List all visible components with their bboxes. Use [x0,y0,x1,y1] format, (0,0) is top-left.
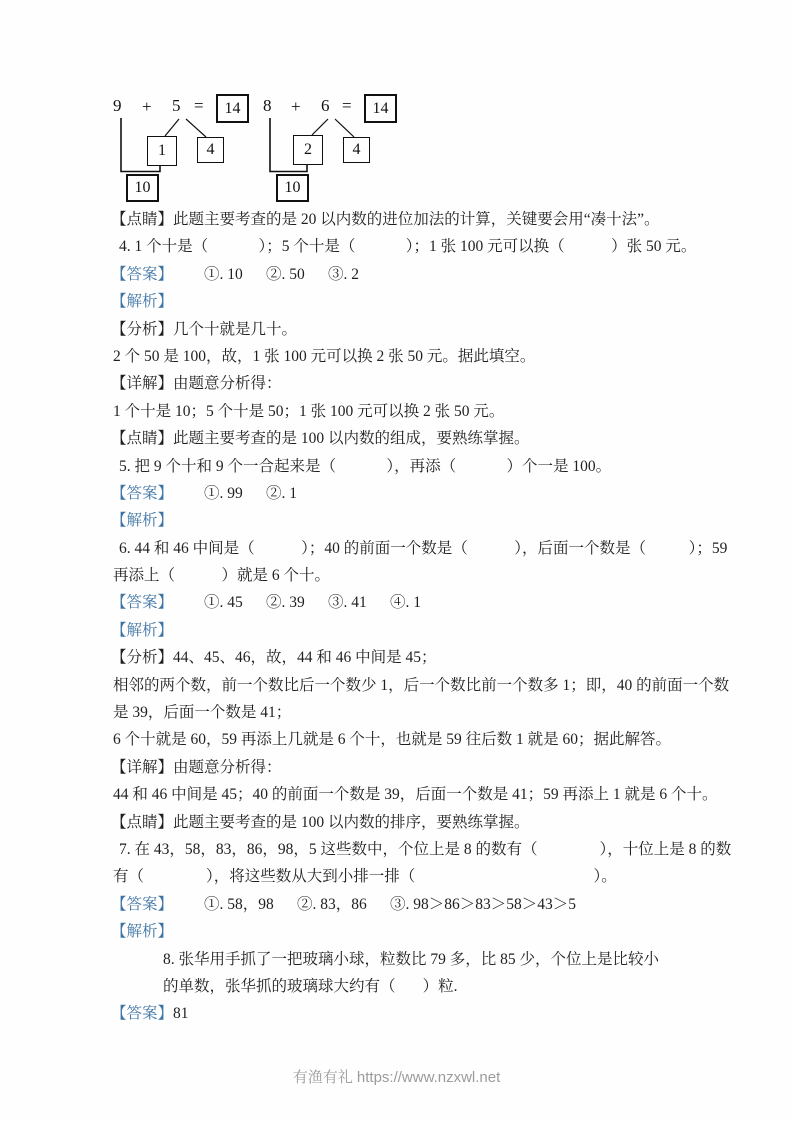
text-line: 是 39，后面一个数是 41； [111,699,751,726]
line-text: 1 个十是 10；5 个十是 50；1 张 100 元可以换 2 张 50 元。 [113,403,504,420]
line-text: 几个十就是几十。 [173,321,297,338]
line-text: 4. 1 个十是（ ）；5 个十是（ ）；1 张 100 元可以换（ ）张 50… [119,238,696,255]
text-line: 【分析】几个十就是几十。 [111,316,751,343]
text-line: 1 个十是 10；5 个十是 50；1 张 100 元可以换 2 张 50 元。 [111,398,751,425]
page-footer: 有渔有礼 https://www.nzxwl.net [0,1066,793,1087]
line-text: 由题意分析得： [173,375,282,392]
line-text: 相邻的两个数，前一个数比后一个数少 1，后一个数比前一个数多 1；即，40 的前… [113,677,729,694]
section-label: 【答案】 [111,485,173,502]
line-text: 是 39，后面一个数是 41； [113,704,291,721]
line-text: ①. 45 ②. 39 ③. 41 ④. 1 [173,594,421,611]
line-text: 7. 在 43，58，83，86，98，5 这些数中，个位上是 8 的数有（ ）… [119,841,731,858]
line-text: 有（ ），将这些数从大到小排一排（ ）。 [113,868,617,885]
line-text: 8. 张华用手抓了一把玻璃小球，粒数比 79 多，比 85 少，个位上是比较小 [163,951,659,968]
equals-sign: = [194,96,204,116]
text-line: 44 和 46 中间是 45；40 的前面一个数是 39，后面一个数是 41；5… [111,781,751,808]
line-text: 再添上（ ）就是 6 个十。 [113,567,330,584]
text-line: 相邻的两个数，前一个数比后一个数少 1，后一个数比前一个数多 1；即，40 的前… [111,672,751,699]
text-line: 【答案】 ①. 10 ②. 50 ③. 2 [111,261,751,288]
text-line: 【答案】 ①. 99 ②. 1 [111,480,751,507]
bond2-addend-b: 6 [321,96,330,116]
bond2-sum-box: 14 [364,94,397,123]
text-line: 【解析】 [111,918,751,945]
section-label: 【详解】 [111,375,173,392]
bond1-part1-box: 1 [147,136,177,166]
line-text: 由题意分析得： [173,759,282,776]
section-label: 【解析】 [111,512,173,529]
text-line: 再添上（ ）就是 6 个十。 [111,562,751,589]
document-body: 【点睛】此题主要考查的是 20 以内数的进位加法的计算，关键要会用“凑十法”。4… [111,206,751,1028]
text-line: 4. 1 个十是（ ）；5 个十是（ ）；1 张 100 元可以换（ ）张 50… [111,233,751,260]
section-label: 【分析】 [111,649,173,666]
text-line: 【详解】由题意分析得： [111,370,751,397]
line-text: ①. 58，98 ②. 83，86 ③. 98＞86＞83＞58＞43＞5 [173,896,576,913]
equals-sign: = [342,96,352,116]
section-label: 【分析】 [111,321,173,338]
section-label: 【点睛】 [111,430,173,447]
text-line: 有（ ），将这些数从大到小排一排（ ）。 [111,863,751,890]
text-line: 【详解】由题意分析得： [111,754,751,781]
text-line: 【解析】 [111,507,751,534]
worksheet-page: 9 + 5 = 14 1 4 10 8 + 6 = 14 2 4 10 【点睛】… [0,0,793,1122]
text-line: 【点睛】此题主要考查的是 100 以内数的组成，要熟练掌握。 [111,425,751,452]
line-text: 的单数，张华抓的玻璃球大约有（ ）粒. [163,978,458,995]
section-label: 【解析】 [111,293,173,310]
section-label: 【详解】 [111,759,173,776]
line-text: 此题主要考查的是 20 以内数的进位加法的计算，关键要会用“凑十法”。 [173,211,660,228]
line-text: 2 个 50 是 100，故，1 张 100 元可以换 2 张 50 元。据此填… [113,348,535,365]
section-label: 【答案】 [111,896,173,913]
bond2-addend-a: 8 [263,96,272,116]
bond1-addend-a: 9 [113,96,122,116]
text-line: 8. 张华用手抓了一把玻璃小球，粒数比 79 多，比 85 少，个位上是比较小 [111,946,751,973]
line-text: 81 [173,1005,189,1022]
line-text: 此题主要考查的是 100 以内数的组成，要熟练掌握。 [173,430,530,447]
text-line: 的单数，张华抓的玻璃球大约有（ ）粒. [111,973,751,1000]
text-line: 5. 把 9 个十和 9 个一合起来是（ ），再添（ ）个一是 100。 [111,453,751,480]
text-line: 【解析】 [111,617,751,644]
bond1-ten-box: 10 [126,174,159,202]
bond2-part2-box: 4 [343,137,370,163]
line-text: 6 个十就是 60，59 再添上几就是 6 个十，也就是 59 往后数 1 就是… [113,731,671,748]
text-line: 【答案】 ①. 45 ②. 39 ③. 41 ④. 1 [111,589,751,616]
section-label: 【点睛】 [111,211,173,228]
text-line: 7. 在 43，58，83，86，98，5 这些数中，个位上是 8 的数有（ ）… [111,836,751,863]
line-text: 6. 44 和 46 中间是（ ）；40 的前面一个数是（ ），后面一个数是（ … [119,540,727,557]
text-line: 【答案】81 [111,1000,751,1027]
section-label: 【答案】 [111,594,173,611]
text-line: 【点睛】此题主要考查的是 100 以内数的排序，要熟练掌握。 [111,809,751,836]
line-text: 44 和 46 中间是 45；40 的前面一个数是 39，后面一个数是 41；5… [113,786,718,803]
text-line: 【答案】 ①. 58，98 ②. 83，86 ③. 98＞86＞83＞58＞43… [111,891,751,918]
bond1-part2-box: 4 [197,137,224,163]
plus-sign: + [142,97,152,117]
number-bond-diagrams: 9 + 5 = 14 1 4 10 8 + 6 = 14 2 4 10 [0,0,793,210]
section-label: 【答案】 [111,1005,173,1022]
section-label: 【解析】 [111,622,173,639]
section-label: 【解析】 [111,923,173,940]
section-label: 【答案】 [111,266,173,283]
line-text: 44、45、46，故，44 和 46 中间是 45； [173,649,437,666]
text-line: 6 个十就是 60，59 再添上几就是 6 个十，也就是 59 往后数 1 就是… [111,726,751,753]
section-label: 【点睛】 [111,814,173,831]
line-text: ①. 99 ②. 1 [173,485,297,502]
text-line: 【点睛】此题主要考查的是 20 以内数的进位加法的计算，关键要会用“凑十法”。 [111,206,751,233]
text-line: 【解析】 [111,288,751,315]
bond2-ten-box: 10 [276,174,309,202]
plus-sign: + [291,97,301,117]
line-text: 5. 把 9 个十和 9 个一合起来是（ ），再添（ ）个一是 100。 [119,458,611,475]
line-text: 此题主要考查的是 100 以内数的排序，要熟练掌握。 [173,814,530,831]
bond2-part1-box: 2 [293,135,323,165]
bond1-sum-box: 14 [216,94,249,123]
text-line: 2 个 50 是 100，故，1 张 100 元可以换 2 张 50 元。据此填… [111,343,751,370]
text-line: 【分析】44、45、46，故，44 和 46 中间是 45； [111,644,751,671]
bond1-addend-b: 5 [172,96,181,116]
text-line: 6. 44 和 46 中间是（ ）；40 的前面一个数是（ ），后面一个数是（ … [111,535,751,562]
line-text: ①. 10 ②. 50 ③. 2 [173,266,359,283]
